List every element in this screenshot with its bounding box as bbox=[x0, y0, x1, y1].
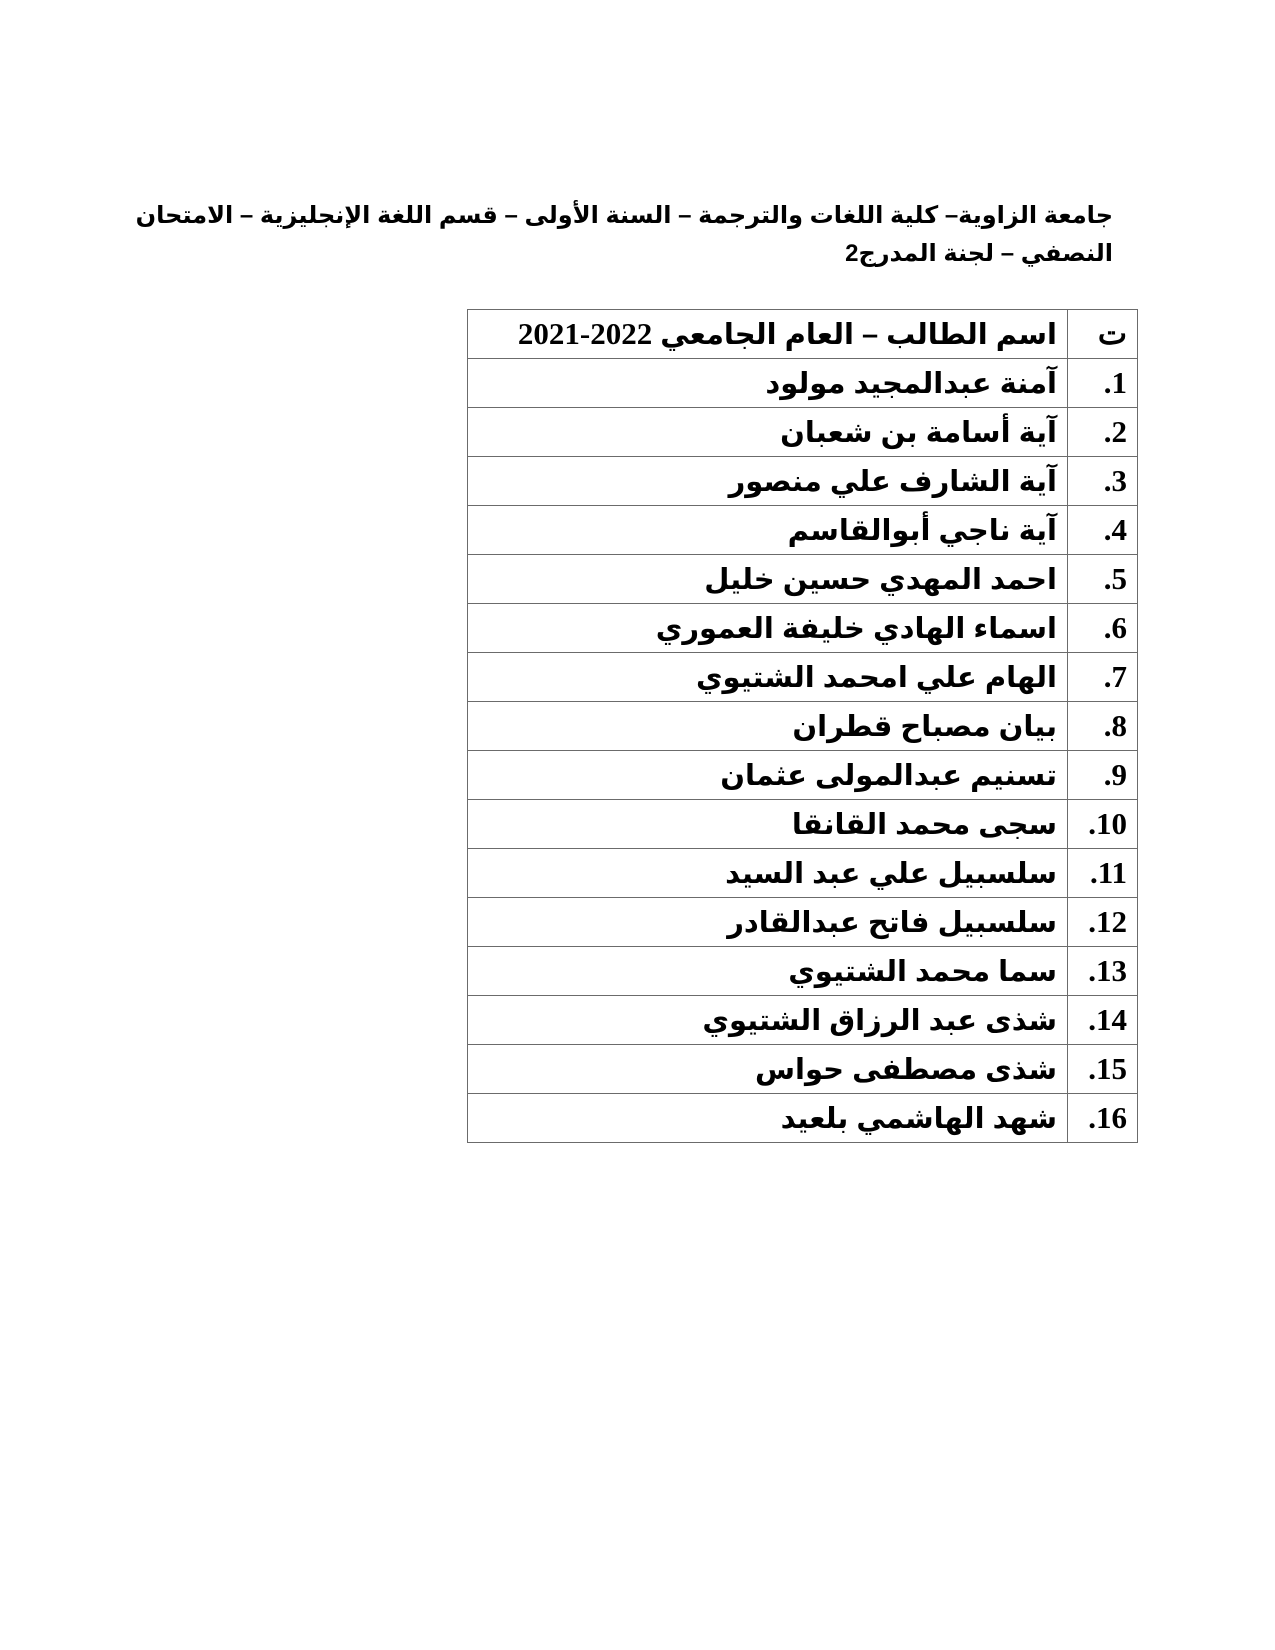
table-row: .1 آمنة عبدالمجيد مولود bbox=[468, 359, 1138, 408]
row-number: .14 bbox=[1068, 996, 1138, 1045]
column-header-name: اسم الطالب – العام الجامعي 2022-2021 bbox=[468, 310, 1068, 359]
student-name: الهام علي امحمد الشتيوي bbox=[468, 653, 1068, 702]
table-row: .5 احمد المهدي حسين خليل bbox=[468, 555, 1138, 604]
table-row: .2 آية أسامة بن شعبان bbox=[468, 408, 1138, 457]
row-number: .5 bbox=[1068, 555, 1138, 604]
row-number: .12 bbox=[1068, 898, 1138, 947]
student-name: اسماء الهادي خليفة العموري bbox=[468, 604, 1068, 653]
student-name: شهد الهاشمي بلعيد bbox=[468, 1094, 1068, 1143]
row-number: .15 bbox=[1068, 1045, 1138, 1094]
table-row: .15 شذى مصطفى حواس bbox=[468, 1045, 1138, 1094]
header-line-1: جامعة الزاوية– كلية اللغات والترجمة – ال… bbox=[190, 197, 1113, 235]
row-number: .1 bbox=[1068, 359, 1138, 408]
student-name: احمد المهدي حسين خليل bbox=[468, 555, 1068, 604]
table-row: .16 شهد الهاشمي بلعيد bbox=[468, 1094, 1138, 1143]
student-name: بيان مصباح قطران bbox=[468, 702, 1068, 751]
student-roster-table: ت اسم الطالب – العام الجامعي 2022-2021 .… bbox=[467, 309, 1138, 1143]
student-name: تسنيم عبدالمولى عثمان bbox=[468, 751, 1068, 800]
table-row: .4 آية ناجي أبوالقاسم bbox=[468, 506, 1138, 555]
document-page: جامعة الزاوية– كلية اللغات والترجمة – ال… bbox=[0, 0, 1275, 1650]
table-row: .12 سلسبيل فاتح عبدالقادر bbox=[468, 898, 1138, 947]
row-number: .7 bbox=[1068, 653, 1138, 702]
table-row: .14 شذى عبد الرزاق الشتيوي bbox=[468, 996, 1138, 1045]
student-name: شذى عبد الرزاق الشتيوي bbox=[468, 996, 1068, 1045]
student-name: سلسبيل فاتح عبدالقادر bbox=[468, 898, 1068, 947]
document-header: جامعة الزاوية– كلية اللغات والترجمة – ال… bbox=[190, 197, 1113, 273]
student-name: آية أسامة بن شعبان bbox=[468, 408, 1068, 457]
row-number: .11 bbox=[1068, 849, 1138, 898]
student-name: سلسبيل علي عبد السيد bbox=[468, 849, 1068, 898]
row-number: .4 bbox=[1068, 506, 1138, 555]
student-name: آية ناجي أبوالقاسم bbox=[468, 506, 1068, 555]
table-row: .7 الهام علي امحمد الشتيوي bbox=[468, 653, 1138, 702]
row-number: .16 bbox=[1068, 1094, 1138, 1143]
row-number: .6 bbox=[1068, 604, 1138, 653]
row-number: .3 bbox=[1068, 457, 1138, 506]
row-number: .13 bbox=[1068, 947, 1138, 996]
student-name: آية الشارف علي منصور bbox=[468, 457, 1068, 506]
row-number: .10 bbox=[1068, 800, 1138, 849]
column-header-name-label: اسم الطالب – العام الجامعي bbox=[660, 319, 1057, 351]
student-name: آمنة عبدالمجيد مولود bbox=[468, 359, 1068, 408]
header-line-2: النصفي – لجنة المدرج2 bbox=[190, 235, 1113, 273]
row-number: .2 bbox=[1068, 408, 1138, 457]
table-row: .3 آية الشارف علي منصور bbox=[468, 457, 1138, 506]
row-number: .8 bbox=[1068, 702, 1138, 751]
table-row: .13 سما محمد الشتيوي bbox=[468, 947, 1138, 996]
table-row: .11 سلسبيل علي عبد السيد bbox=[468, 849, 1138, 898]
table-row: .8 بيان مصباح قطران bbox=[468, 702, 1138, 751]
academic-year: 2022-2021 bbox=[518, 316, 652, 351]
table-row: .10 سجى محمد القانقا bbox=[468, 800, 1138, 849]
student-name: سجى محمد القانقا bbox=[468, 800, 1068, 849]
student-name: سما محمد الشتيوي bbox=[468, 947, 1068, 996]
table-header-row: ت اسم الطالب – العام الجامعي 2022-2021 bbox=[468, 310, 1138, 359]
table-row: .6 اسماء الهادي خليفة العموري bbox=[468, 604, 1138, 653]
row-number: .9 bbox=[1068, 751, 1138, 800]
table-row: .9 تسنيم عبدالمولى عثمان bbox=[468, 751, 1138, 800]
student-name: شذى مصطفى حواس bbox=[468, 1045, 1068, 1094]
column-header-number: ت bbox=[1068, 310, 1138, 359]
